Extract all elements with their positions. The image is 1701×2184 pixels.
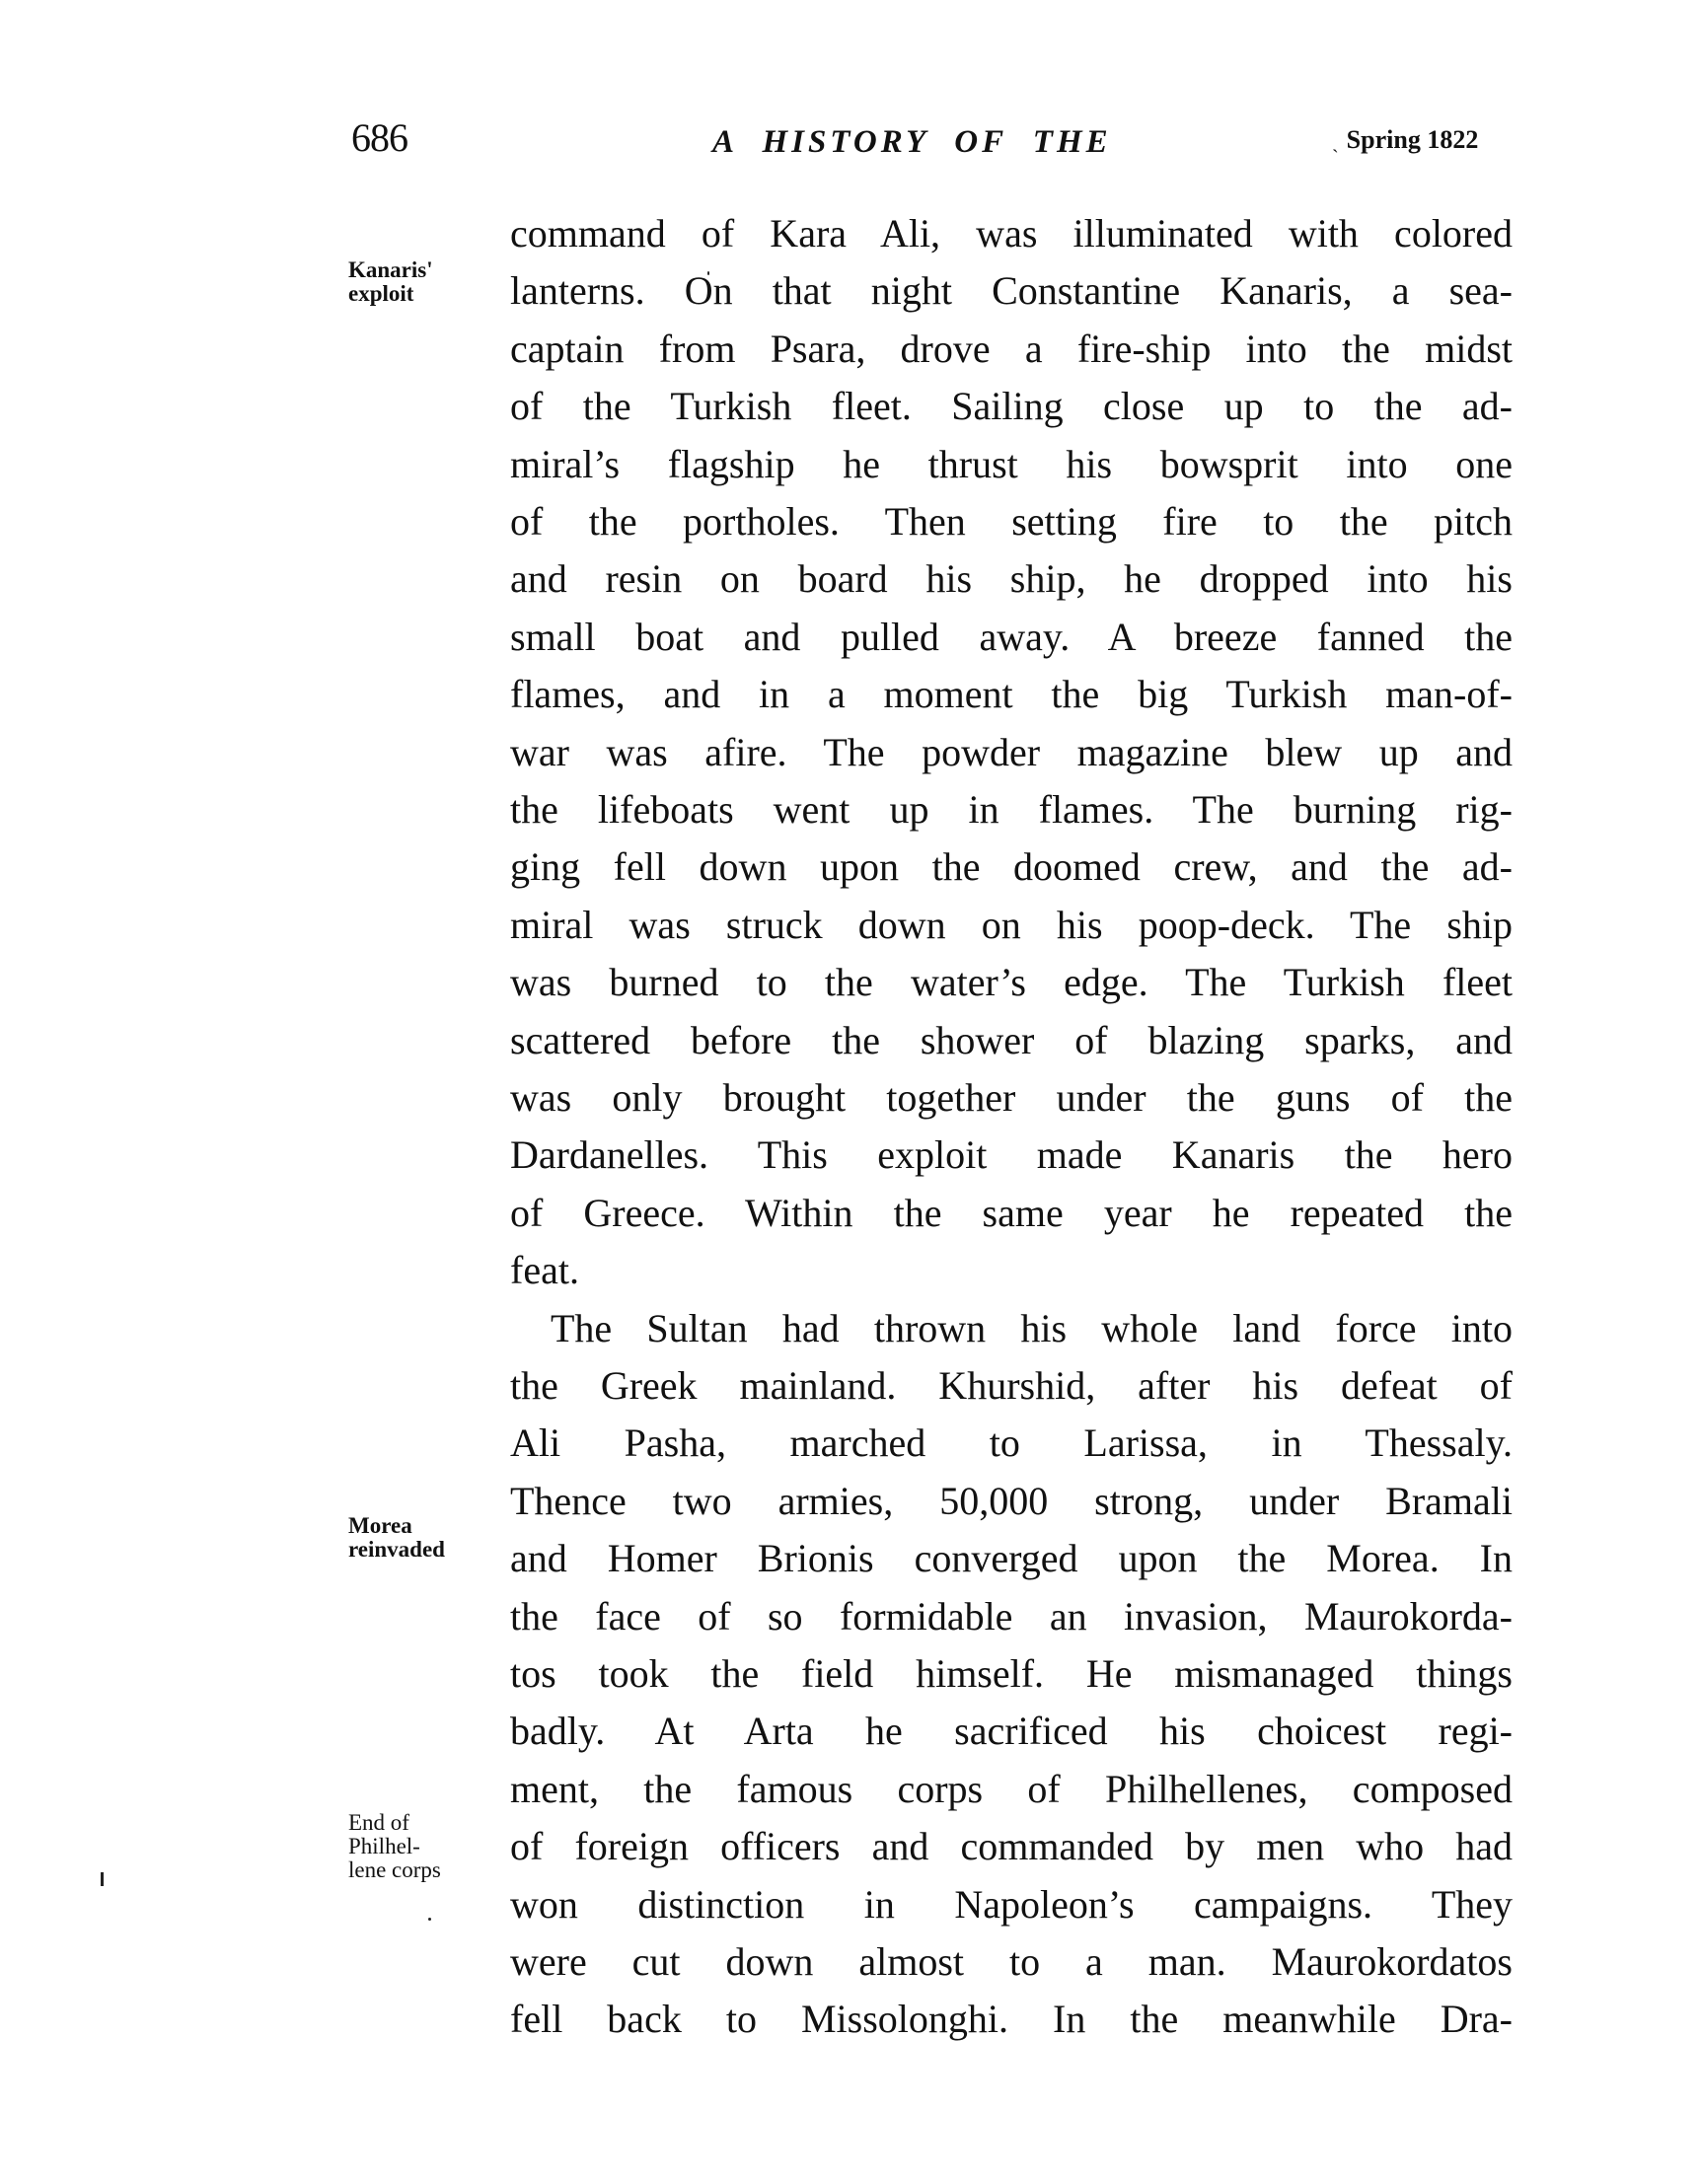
text-line: won distinction in Napoleon’s campaigns.… [510,1881,1513,1929]
text-line: Thence two armies, 50,000 strong, under … [510,1478,1513,1525]
text-line: ging fell down upon the doomed crew, and… [510,843,1513,891]
printer-tick-mark: ˎ [1332,131,1339,153]
margin-note-line: End of [348,1811,496,1835]
text-line: The Sultan had thrown his whole land for… [510,1305,1513,1352]
text-line: of Greece. Within the same year he repea… [510,1190,1513,1237]
text-line: the face of so formidable an invasion, M… [510,1593,1513,1640]
text-line: small boat and pulled away. A breeze fan… [510,614,1513,661]
margin-note-line: Morea [348,1514,496,1538]
text-line: the lifeboats went up in flames. The bur… [510,786,1513,834]
text-line: scattered before the shower of blazing s… [510,1017,1513,1064]
text-line: was only brought together under the guns… [510,1074,1513,1122]
scan-artifact-mark [101,1872,104,1886]
margin-note-line: reinvaded [348,1538,496,1562]
text-line: Ali Pasha, marched to Larissa, in Thessa… [510,1420,1513,1467]
margin-note-morea-reinvaded: Morea reinvaded [348,1514,496,1562]
scan-artifact-dot [428,1918,431,1921]
text-line: and resin on board his ship, he dropped … [510,555,1513,603]
text-line: of the Turkish fleet. Sailing close up t… [510,383,1513,430]
margin-note-line: Philhel- [348,1835,496,1858]
text-line: captain from Psara, drove a fire-ship in… [510,326,1513,373]
text-line: of foreign officers and commanded by men… [510,1823,1513,1870]
running-date: ˎSpring 1822 [1332,122,1478,160]
text-line: lanterns. On that night Constantine Kana… [510,267,1513,315]
margin-note-end-of-philhellene-corps: End of Philhel- lene corps [348,1811,496,1882]
running-date-text: Spring 1822 [1347,125,1479,154]
text-line: the Greek mainland. Khurshid, after his … [510,1362,1513,1410]
text-line: miral’s flagship he thrust his bowsprit … [510,441,1513,488]
text-line: of the portholes. Then setting fire to t… [510,498,1513,546]
text-line: tos took the field himself. He mismanage… [510,1650,1513,1698]
text-line: command of Kara Ali, was illuminated wit… [510,210,1513,257]
text-line: miral was struck down on his poop-deck. … [510,902,1513,949]
text-line: war was afire. The powder magazine blew … [510,729,1513,776]
margin-note-line: exploit [348,282,496,306]
text-line: was burned to the water’s edge. The Turk… [510,959,1513,1006]
text-line: ment, the famous corps of Philhellenes, … [510,1766,1513,1813]
text-line: flames, and in a moment the big Turkish … [510,671,1513,718]
page-number: 686 [351,114,407,162]
scan-artifact-dot [707,271,709,275]
text-line: fell back to Missolonghi. In the meanwhi… [510,1996,1513,2043]
text-line: Dardanelles. This exploit made Kanaris t… [510,1131,1513,1179]
text-line: feat. [510,1247,1513,1294]
margin-note-line: lene corps [348,1858,496,1882]
text-line: and Homer Brionis converged upon the Mor… [510,1535,1513,1582]
margin-note-line: Kanaris' [348,258,496,282]
text-line: badly. At Arta he sacrificed his choices… [510,1708,1513,1755]
running-title: A HISTORY OF THE [712,120,1112,164]
book-page: 686 A HISTORY OF THE ˎSpring 1822 Kanari… [0,0,1701,2184]
running-head: 686 A HISTORY OF THE ˎSpring 1822 [0,0,1701,178]
text-line: were cut down almost to a man. Maurokord… [510,1938,1513,1986]
margin-note-kanaris-exploit: Kanaris' exploit [348,258,496,306]
